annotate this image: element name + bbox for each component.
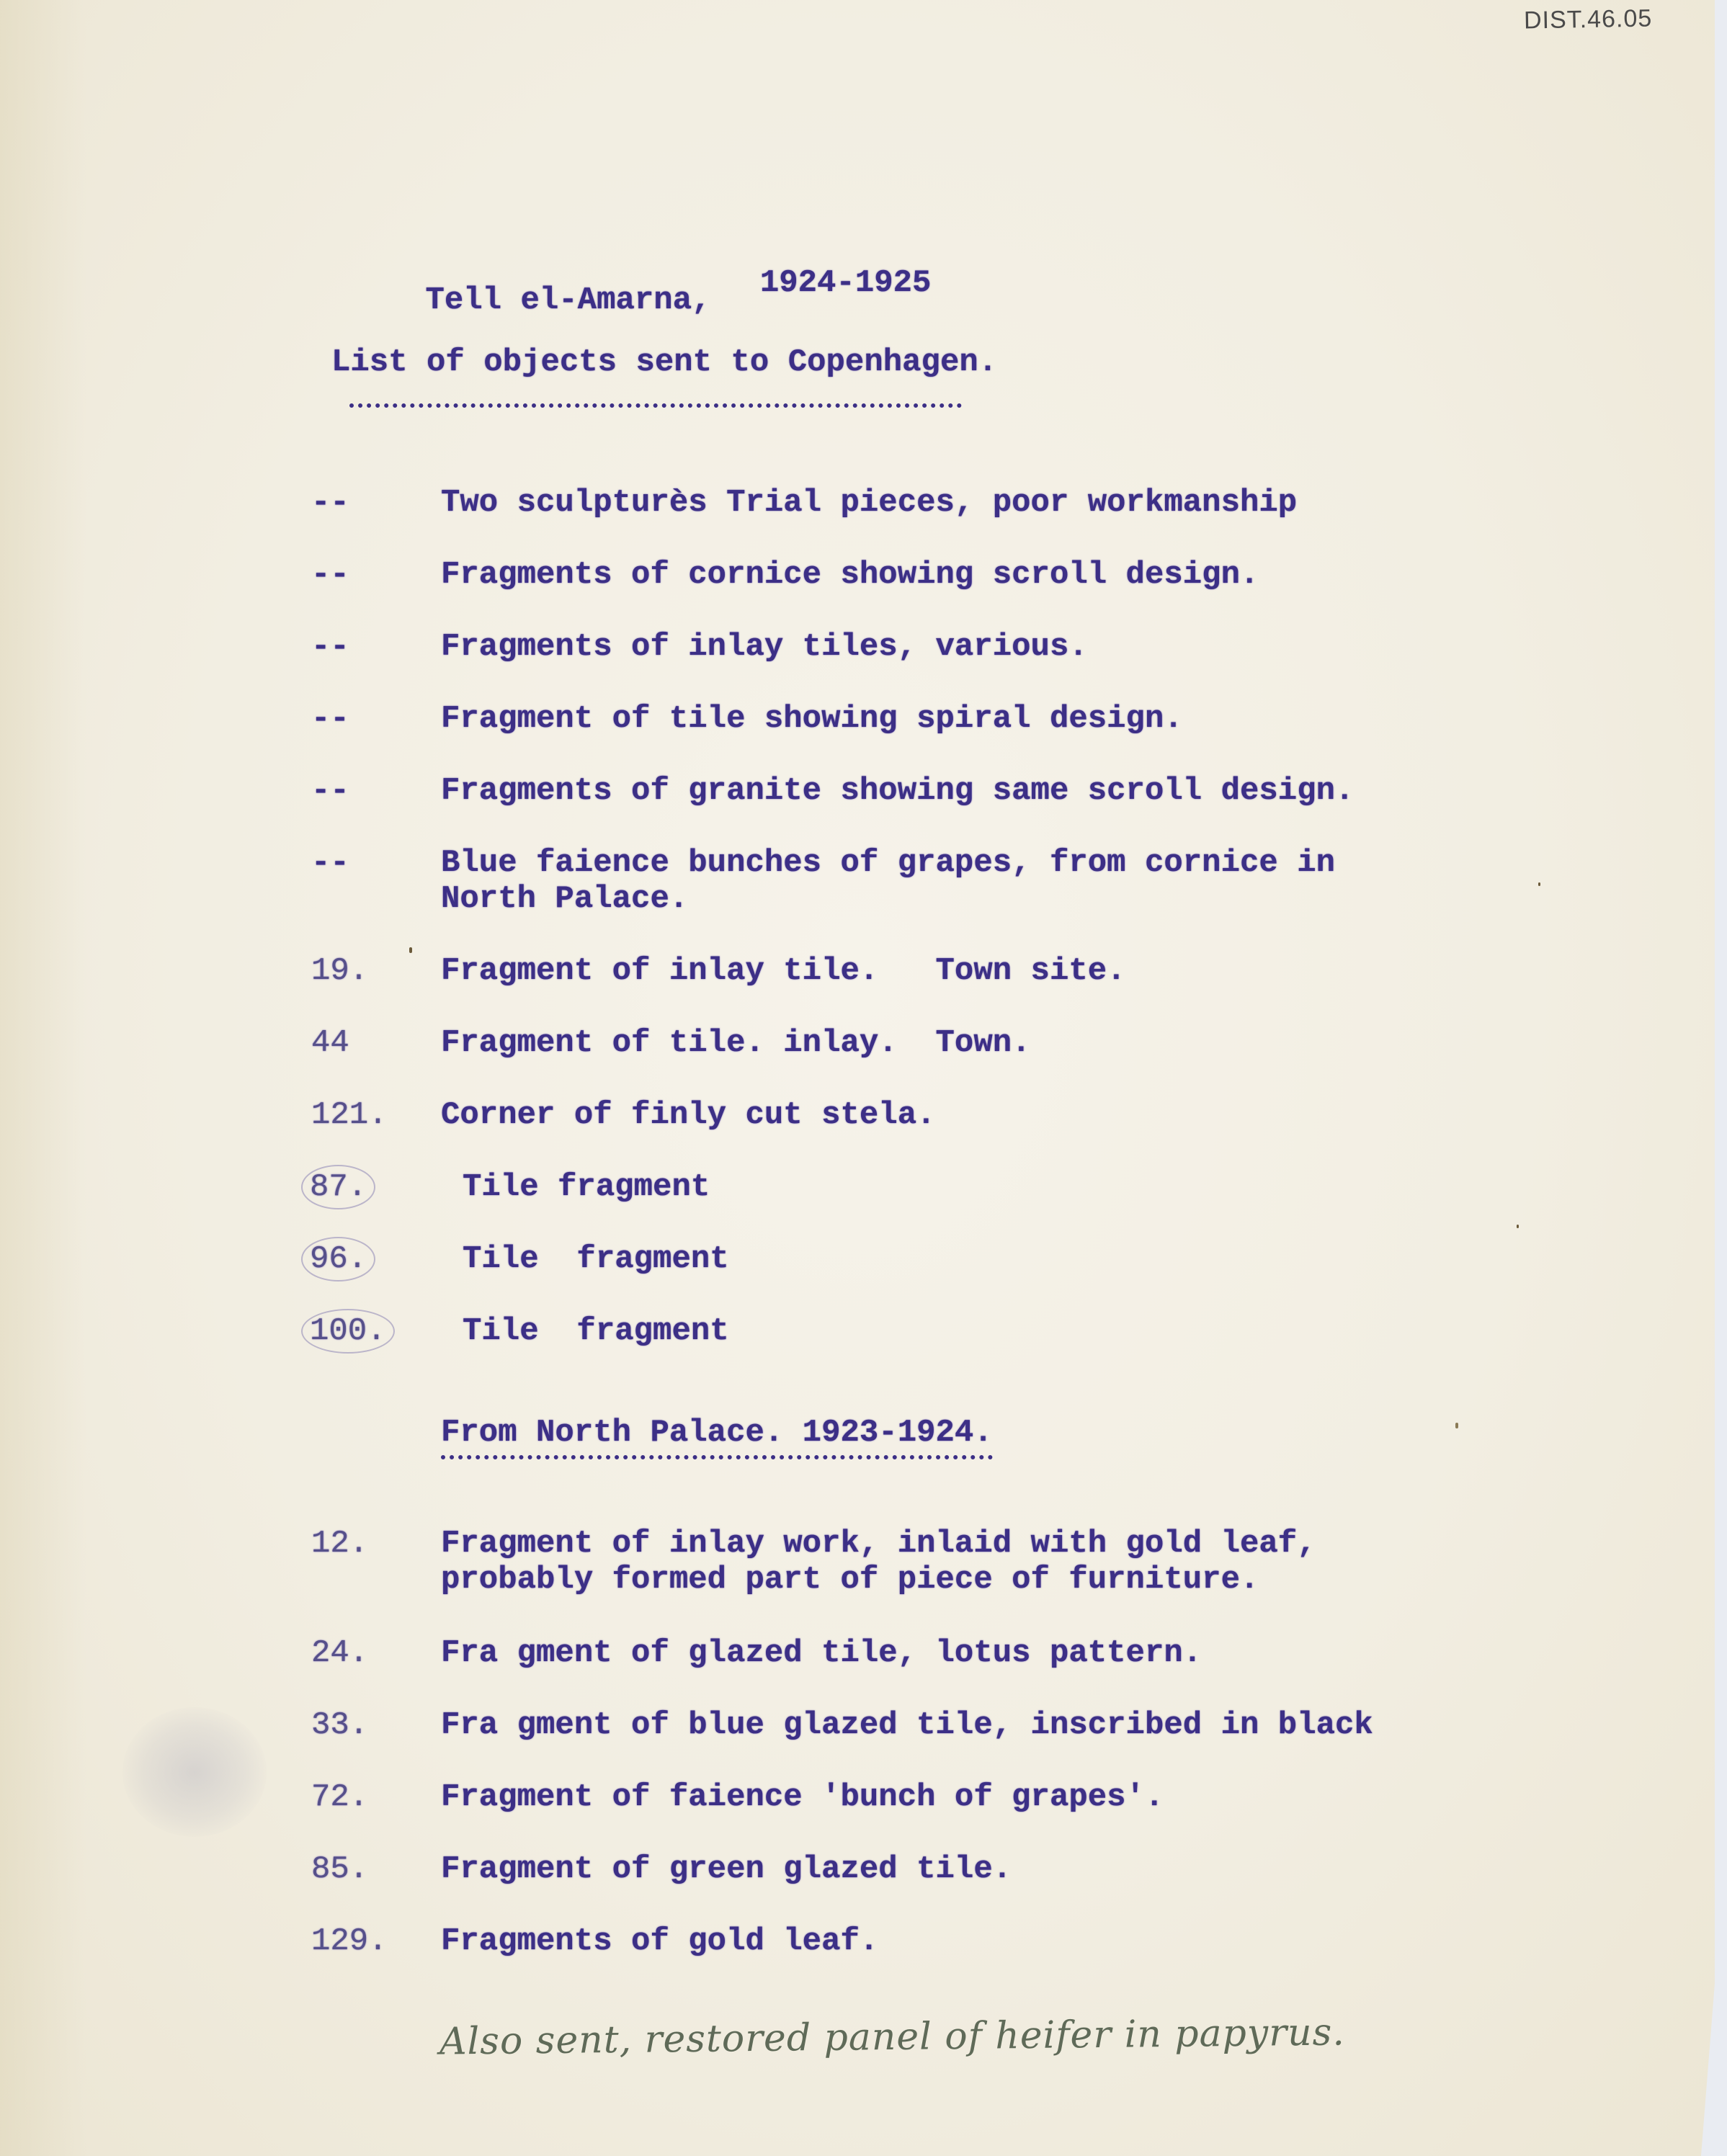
- list-item: -- Fragment of tile showing spiral desig…: [311, 701, 1183, 737]
- item-description: Tile fragment: [441, 1241, 729, 1277]
- archive-reference-number: DIST.46.05: [1524, 4, 1653, 35]
- item-number: 121.: [311, 1097, 441, 1133]
- item-number-circled: 87.: [311, 1169, 441, 1205]
- item-number: --: [311, 845, 441, 917]
- item-description: Fragments of cornice showing scroll desi…: [441, 557, 1259, 593]
- list-item: -- Fragments of granite showing same scr…: [311, 773, 1354, 809]
- circled-number: 87.: [301, 1165, 375, 1209]
- item-description: Fragments of inlay tiles, various.: [441, 629, 1088, 665]
- item-description: Tile fragment: [441, 1313, 729, 1349]
- item-number: 24.: [311, 1635, 441, 1671]
- paper-speck: [1538, 882, 1540, 886]
- item-description: Fragments of gold leaf.: [441, 1923, 878, 1959]
- item-number: 129.: [311, 1923, 441, 1959]
- list-item: 85. Fragment of green glazed tile.: [311, 1851, 1012, 1887]
- item-description: Fra gment of blue glazed tile, inscribed…: [441, 1707, 1373, 1743]
- item-description: Corner of finly cut stela.: [441, 1097, 936, 1133]
- paper-speck: [1517, 1225, 1519, 1228]
- list-item: -- Blue faience bunches of grapes, from …: [311, 845, 1335, 917]
- list-item: -- Fragments of cornice showing scroll d…: [311, 557, 1259, 593]
- item-description: Fra gment of glazed tile, lotus pattern.: [441, 1635, 1202, 1671]
- list-item: -- Two sculpturès Trial pieces, poor wor…: [311, 485, 1297, 521]
- item-description-block: Fragment of inlay work, inlaid with gold…: [441, 1526, 1316, 1598]
- list-item: 96. Tile fragment: [311, 1241, 729, 1277]
- title-years: 1924-1925: [760, 265, 932, 301]
- item-description: Fragment of tile showing spiral design.: [441, 701, 1183, 737]
- list-item: 100. Tile fragment: [311, 1313, 729, 1349]
- item-number: 44: [311, 1025, 441, 1061]
- list-item: 33. Fra gment of blue glazed tile, inscr…: [311, 1707, 1373, 1743]
- list-item: 72. Fragment of faience 'bunch of grapes…: [311, 1779, 1164, 1815]
- item-description: Fragment of tile. inlay. Town.: [441, 1025, 1031, 1061]
- item-description: Fragment of faience 'bunch of grapes'.: [441, 1779, 1164, 1815]
- item-number: --: [311, 773, 441, 809]
- item-description-block: Blue faience bunches of grapes, from cor…: [441, 845, 1335, 917]
- list-item: 24. Fra gment of glazed tile, lotus patt…: [311, 1635, 1202, 1671]
- item-number: --: [311, 485, 441, 521]
- item-number: 85.: [311, 1851, 441, 1887]
- list-item: 44 Fragment of tile. inlay. Town.: [311, 1025, 1031, 1061]
- item-number: 72.: [311, 1779, 441, 1815]
- list-item: -- Fragments of inlay tiles, various.: [311, 629, 1088, 665]
- ink-smudge: [122, 1707, 267, 1837]
- item-description: Fragments of granite showing same scroll…: [441, 773, 1354, 809]
- list-item: 87. Tile fragment: [311, 1169, 710, 1205]
- title-text: Tell el-Amarna,: [425, 282, 710, 318]
- title-underline: Tell el-Amarna, 1924-1925: [349, 246, 962, 408]
- section-2-heading: From North Palace. 1923-1924.: [441, 1415, 993, 1459]
- circled-number: 96.: [301, 1237, 375, 1281]
- circled-number: 100.: [301, 1309, 395, 1354]
- item-description: Blue faience bunches of grapes, from cor…: [441, 845, 1335, 881]
- item-description: Two sculpturès Trial pieces, poor workma…: [441, 485, 1297, 521]
- item-number: --: [311, 629, 441, 665]
- list-item: 129. Fragments of gold leaf.: [311, 1923, 878, 1959]
- item-number: 12.: [311, 1526, 441, 1598]
- list-item: 12. Fragment of inlay work, inlaid with …: [311, 1526, 1316, 1598]
- item-description-continued: North Palace.: [441, 881, 1335, 917]
- list-item: 121. Corner of finly cut stela.: [311, 1097, 936, 1133]
- item-number: 19.: [311, 953, 441, 989]
- list-item: 19. Fragment of inlay tile. Town site.: [311, 953, 1126, 989]
- item-description: Tile fragment: [441, 1169, 710, 1205]
- item-number: 33.: [311, 1707, 441, 1743]
- item-number: --: [311, 557, 441, 593]
- item-description-continued: probably formed part of piece of furnitu…: [441, 1562, 1316, 1598]
- paper-speck: [409, 947, 412, 953]
- item-number: --: [311, 701, 441, 737]
- document-subtitle: List of objects sent to Copenhagen.: [331, 344, 997, 380]
- paper-speck: [1455, 1423, 1458, 1428]
- item-number-circled: 100.: [311, 1313, 441, 1349]
- item-description: Fragment of inlay tile. Town site.: [441, 953, 1126, 989]
- item-description: Fragment of inlay work, inlaid with gold…: [441, 1526, 1316, 1562]
- item-description: Fragment of green glazed tile.: [441, 1851, 1012, 1887]
- item-number-circled: 96.: [311, 1241, 441, 1277]
